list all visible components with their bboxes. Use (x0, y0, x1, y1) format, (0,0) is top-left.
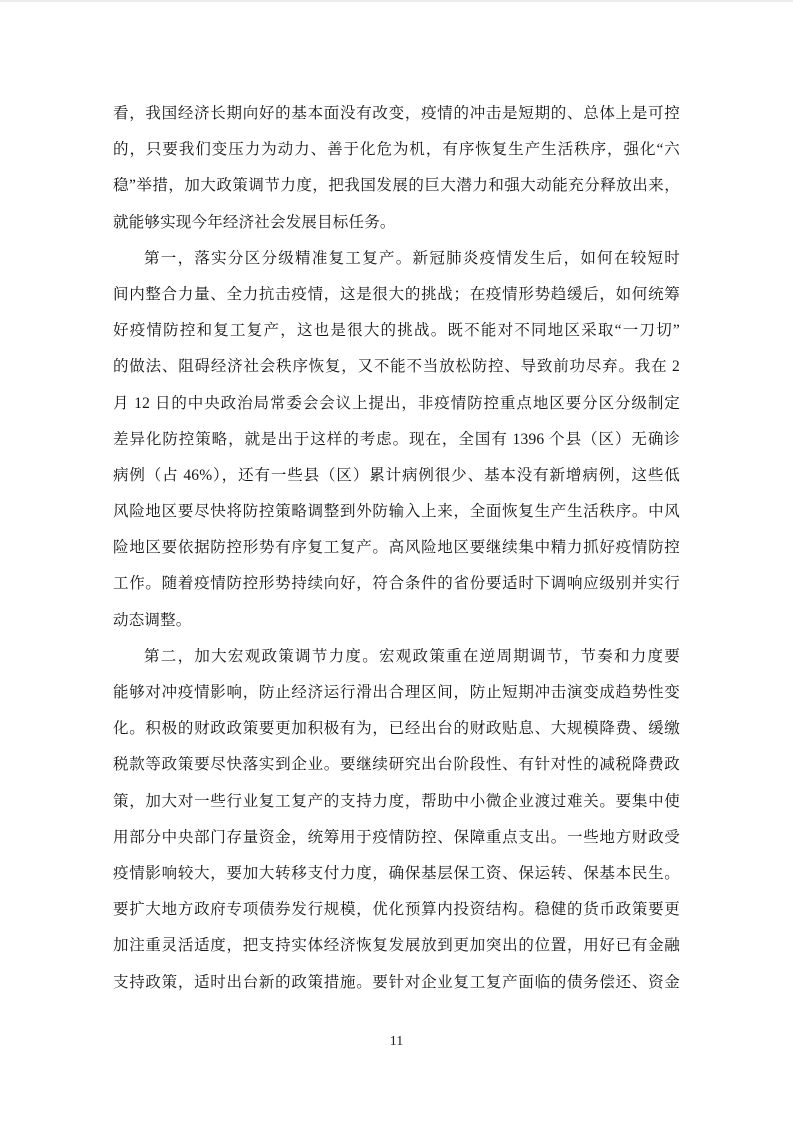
page-number: 11 (0, 1033, 793, 1051)
text-line: 险地区要依据防控形势有序复工复产。高风险地区要继续集中精力抓好疫情防控 (113, 530, 680, 566)
text-line: 病例（占 46%），还有一些县（区）累计病例很少、基本没有新增病例，这些低 (113, 458, 680, 494)
text-line: 看，我国经济长期向好的基本面没有改变，疫情的冲击是短期的、总体上是可控 (113, 96, 680, 132)
text-line: 第二，加大宏观政策调节力度。宏观政策重在逆周期调节，节奏和力度要 (113, 639, 680, 675)
text-line: 的做法、阻碍经济社会秩序恢复，又不能不当放松防控、导致前功尽弃。我在 2 (113, 349, 680, 385)
text-line: 要扩大地方政府专项债券发行规模，优化预算内投资结构。稳健的货币政策要更 (113, 892, 680, 928)
text-line: 差异化防控策略，就是出于这样的考虑。现在，全国有 1396 个县（区）无确诊 (113, 422, 680, 458)
text-line: 好疫情防控和复工复产，这也是很大的挑战。既不能对不同地区采取“一刀切” (113, 313, 680, 349)
text-line: 第一，落实分区分级精准复工复产。新冠肺炎疫情发生后，如何在较短时 (113, 241, 680, 277)
text-line: 稳”举措，加大政策调节力度，把我国发展的巨大潜力和强大动能充分释放出来， (113, 168, 680, 204)
text-line: 用部分中央部门存量资金，统筹用于疫情防控、保障重点支出。一些地方财政受 (113, 820, 680, 856)
text-line: 就能够实现今年经济社会发展目标任务。 (113, 205, 680, 241)
document-page: 看，我国经济长期向好的基本面没有改变，疫情的冲击是短期的、总体上是可控 的，只要… (0, 0, 793, 1122)
text-line: 税款等政策要尽快落实到企业。要继续研究出台阶段性、有针对性的减税降费政 (113, 747, 680, 783)
scan-edge-line (0, 0, 793, 2)
text-line: 能够对冲疫情影响，防止经济运行滑出合理区间，防止短期冲击演变成趋势性变 (113, 675, 680, 711)
text-line: 间内整合力量、全力抗击疫情，这是很大的挑战；在疫情形势趋缓后，如何统筹 (113, 277, 680, 313)
text-line: 的，只要我们变压力为动力、善于化危为机，有序恢复生产生活秩序，强化“六 (113, 132, 680, 168)
text-line: 风险地区要尽快将防控策略调整到外防输入上来，全面恢复生产生活秩序。中风 (113, 494, 680, 530)
text-line: 加注重灵活适度，把支持实体经济恢复发展放到更加突出的位置，用好已有金融 (113, 928, 680, 964)
text-line: 工作。随着疫情防控形势持续向好，符合条件的省份要适时下调响应级别并实行 (113, 566, 680, 602)
text-line: 疫情影响较大，要加大转移支付力度，确保基层保工资、保运转、保基本民生。 (113, 856, 680, 892)
text-line: 月 12 日的中央政治局常委会会议上提出，非疫情防控重点地区要分区分级制定 (113, 386, 680, 422)
text-line: 动态调整。 (113, 603, 680, 639)
text-line: 支持政策，适时出台新的政策措施。要针对企业复工复产面临的债务偿还、资金 (113, 965, 680, 1001)
text-line: 化。积极的财政政策要更加积极有为，已经出台的财政贴息、大规模降费、缓缴 (113, 711, 680, 747)
text-line: 策，加大对一些行业复工复产的支持力度，帮助中小微企业渡过难关。要集中使 (113, 784, 680, 820)
body-text: 看，我国经济长期向好的基本面没有改变，疫情的冲击是短期的、总体上是可控 的，只要… (113, 96, 680, 1001)
